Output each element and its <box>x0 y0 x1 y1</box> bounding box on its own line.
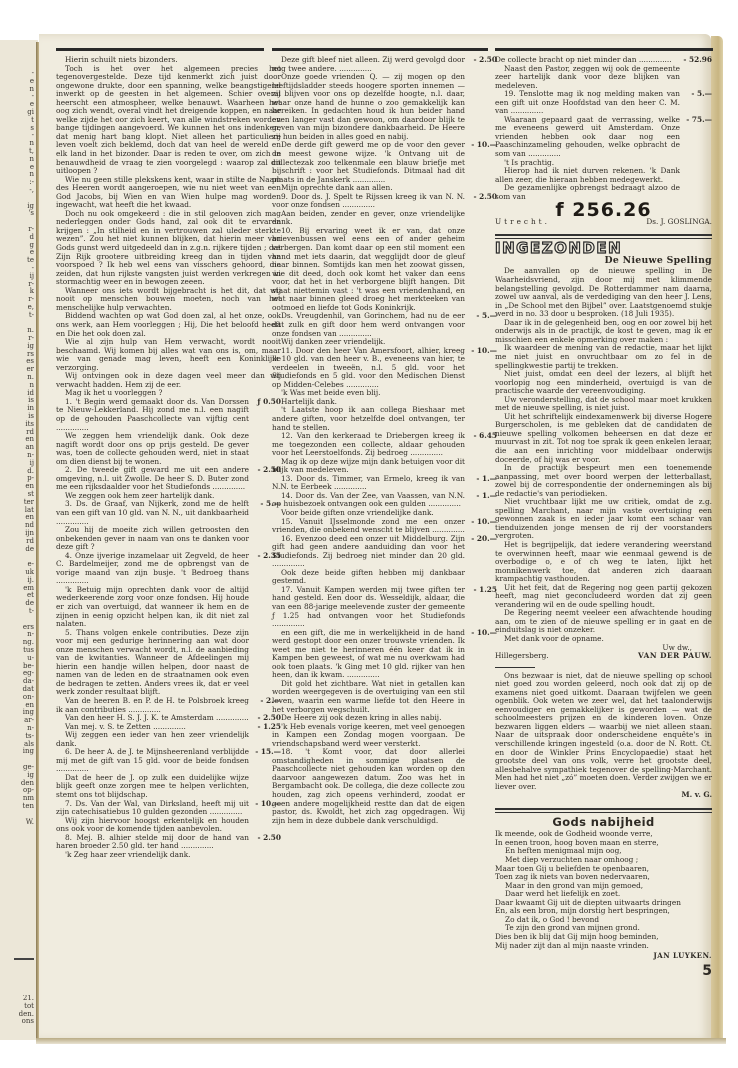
entry-amount: - 52.96 <box>680 56 712 65</box>
column-3: De collecte bracht op niet minder dan ..… <box>495 56 712 975</box>
entry-amount: - 1.— <box>465 492 497 501</box>
poem-title: Gods nabijheid <box>495 818 712 827</box>
donation-list: Deze gift bleef niet alleen. Zij werd ge… <box>272 56 497 825</box>
entry-text: De derde gift gewerd me op de voor den g… <box>272 141 465 184</box>
signature: Ds. J. GOSLINGA. <box>646 218 712 227</box>
donation-entry: 12. Van den kerkeraad te Driebergen kree… <box>272 432 497 458</box>
entry-amount: - 75.— <box>680 116 712 125</box>
poem-line: Mij nader zijt dan al mijn naaste vrinde… <box>495 942 712 951</box>
donation-entry: 13. Door ds. Timmer, van Ermelo, kreeg i… <box>272 475 497 492</box>
entry-text: 5. Thans volgen enkele contributies. Dez… <box>56 629 281 697</box>
donation-entry: 15. Vanuit IJsselmonde zond me een onzer… <box>272 518 497 535</box>
column-top-rule <box>56 48 264 51</box>
entry-text: 7. Ds. Van der Wal, van Dirksland, heeft… <box>56 800 249 817</box>
short-rule <box>495 667 535 668</box>
entry-text: Deze gift bleef niet alleen. Zij werd ge… <box>272 56 465 73</box>
entry-text: Dat de heer de J. op zulk een duidelijke… <box>56 774 281 800</box>
entry-text: 6. De heer A. de J. te Mijnsheerenland v… <box>56 748 249 774</box>
poem-body: Ik meende, ook de Godheid woonde verre,I… <box>495 830 712 950</box>
paragraph: De Regering neemt veeleer een afwachtend… <box>495 609 712 635</box>
paragraph: Niet juist, omdat een deel der lezers, a… <box>495 370 712 396</box>
entry-text: 11. Door den heer Van Amersfoort, alhier… <box>272 347 465 390</box>
entry-text: 'k Betuig mijn oprechten dank voor de al… <box>56 586 281 629</box>
donation-list: De collecte bracht op niet minder dan ..… <box>495 56 712 201</box>
donation-entry: 2. De tweede gift geward me uit een ande… <box>56 466 281 492</box>
entry-text: Naast den Pastor, zeggen wij ook de geme… <box>495 65 712 91</box>
donation-entry: 11. Door den heer Van Amersfoort, alhier… <box>272 347 497 390</box>
entry-text: 9. Door ds. J. Spelt te Rijssen kreeg ik… <box>272 193 465 210</box>
entry-text: Ds. Vreugdenhil, van Gorinchem, had nu d… <box>272 312 465 338</box>
paragraph: Uw veronderstelling, dat de school maar … <box>495 396 712 413</box>
entry-text: 10. Bij ervaring weet ik er van, dat onz… <box>272 227 497 312</box>
column-1: Hierin schuilt niets bizonders.Toch is h… <box>56 56 281 859</box>
entry-text: 4. Onze ijverige inzamelaar uit Zegveld,… <box>56 552 249 586</box>
donation-entry: 1. 't Begin werd gemaakt door ds. Van Do… <box>56 398 281 432</box>
page-number: 5 <box>495 967 712 976</box>
entry-text: 12. Van den kerkeraad te Driebergen kree… <box>272 432 465 458</box>
paragraph: Het is begrijpelijk, dat iedere verander… <box>495 541 712 584</box>
paragraph: Biddend wachten op wat God doen zal, al … <box>56 312 281 338</box>
intro-paragraphs: Hierin schuilt niets bizonders.Toch is h… <box>56 56 281 398</box>
entry-text: 'k Zeg haar zeer vriendelijk dank. <box>56 851 281 860</box>
editor-initials: M. v. G. <box>495 791 712 800</box>
entry-amount: - 1.— <box>465 475 497 484</box>
entry-amount: - 10.— <box>465 629 497 638</box>
entry-text: 19. Tenslotte mag ik nog melding maken v… <box>495 90 680 116</box>
donation-entry: 7. Ds. Van der Wal, van Dirksland, heeft… <box>56 800 281 817</box>
entry-text: Onze goede vrienden Q. — zij mogen op de… <box>272 73 497 141</box>
paragraph: Wij ontvingen ook in deze dagen veel mee… <box>56 372 281 389</box>
paragraph: Daar ik in de gelegenheid ben, oog en oo… <box>495 319 712 345</box>
total-amount: f 256.26 <box>495 206 712 215</box>
page-stack-edge <box>711 36 723 1040</box>
previous-page-fragment: - e n - e gi t s - n t, n e n :- -, ig '… <box>0 40 38 1040</box>
donation-entry: 19. Tenslotte mag ik nog melding maken v… <box>495 90 712 116</box>
paragraph: Wanneer ons iets wordt bijgebracht is he… <box>56 287 281 313</box>
place: Utrecht. <box>495 218 550 227</box>
entry-amount: - 20.— <box>465 535 497 544</box>
entry-text: Aan beiden, zender en gever, onze vriend… <box>272 210 497 227</box>
entry-text: 3. Ds. de Graaf, van Nijkerk, zond me de… <box>56 500 249 526</box>
previous-page-text-bottom: 21. tot den. ons <box>0 995 34 1026</box>
donation-list: 1. 't Begin werd gemaakt door ds. Van Do… <box>56 398 281 860</box>
poem-author: JAN LUYKEN. <box>495 952 712 961</box>
entry-text: 2. De tweede gift geward me uit een ande… <box>56 466 249 492</box>
entry-amount: - 10.— <box>465 141 497 150</box>
donation-entry: 16. Evenzoo deed een onzer uit Middelbur… <box>272 535 497 569</box>
entry-text: 15. Vanuit IJsselmonde zond me een onzer… <box>272 518 465 535</box>
entry-text: Van de heeren B. en P. de H. te Polsbroe… <box>56 697 249 714</box>
entry-text: 16. Evenzoo deed een onzer uit Middelbur… <box>272 535 465 569</box>
editor-reply: Ons bezwaar is niet, dat de nieuwe spell… <box>495 672 712 792</box>
donation-entry: 6. De heer A. de J. te Mijnsheerenland v… <box>56 748 281 774</box>
column-top-rule <box>272 48 488 51</box>
entry-text: Ook deze beide giften hebben mij dankbaa… <box>272 569 497 586</box>
entry-text: en een gift, die me in werkelijkheid in … <box>272 629 465 680</box>
entry-text: Wij zeggen een ieder van hen zeer vriend… <box>56 731 281 748</box>
letter-place: Hillegersberg. <box>495 652 549 661</box>
column-top-rule <box>495 48 713 51</box>
donation-entry: 3. Ds. de Graaf, van Nijkerk, zond me de… <box>56 500 281 526</box>
section-rule <box>495 234 712 236</box>
section-rule <box>495 808 712 810</box>
paragraph: Wie al zijn hulp van Hem verwacht, wordt… <box>56 338 281 372</box>
entry-amount: - 6.45 <box>465 432 497 441</box>
paragraph: Toch is het over het algemeen precies he… <box>56 65 281 176</box>
entry-text: 18. 't Komt voor, dat door allerlei omst… <box>272 748 497 825</box>
column-2: Deze gift bleef niet alleen. Zij werd ge… <box>272 56 497 825</box>
paragraph: Ik waardeer de mening van de redactie, m… <box>495 344 712 370</box>
entry-amount: - 5.— <box>680 90 712 99</box>
entry-amount: - 2.50 <box>465 193 497 202</box>
letter-author: VAN DER PAUW. <box>638 652 712 661</box>
entry-text: Dit gold het zichtbare. Wat niet in geta… <box>272 680 497 714</box>
entry-text: 17. Vanuit Kampen werden mij twee giften… <box>272 586 465 629</box>
donation-entry: 14. Door ds. Van der Zee, van Vaassen, v… <box>272 492 497 509</box>
entry-text: Wij zijn hiervoor hoogst erkentelijk en … <box>56 817 281 834</box>
donation-entry: Van de heeren B. en P. de H. te Polsbroe… <box>56 697 281 714</box>
letter-signature: Hillegersberg. VAN DER PAUW. <box>495 652 712 661</box>
entry-text: 't Laatste hoop ik aan collega Bieshaar … <box>272 406 497 432</box>
page-bottom-edge <box>36 1038 726 1044</box>
entry-text: We zeggen hem vriendelijk dank. Ook deze… <box>56 432 281 466</box>
paragraph: De aanvallen op de nieuwe spelling in De… <box>495 267 712 318</box>
donation-entry: 4. Onze ijverige inzamelaar uit Zegveld,… <box>56 552 281 586</box>
section-header: INGEZONDEN <box>495 244 622 253</box>
article-title: De Nieuwe Spelling <box>495 257 712 266</box>
paragraph: Niet vruchtbaar lijkt me uw critiek, omd… <box>495 498 712 541</box>
previous-page-text: - e n - e gi t s - n t, n e n :- -, ig '… <box>0 70 34 826</box>
donation-entry: 8. Mej. B. alhier stelde mij door de han… <box>56 834 281 851</box>
entry-text: Hierop had ik niet durven rekenen. 'k Da… <box>495 167 712 184</box>
paragraph: Uit het feit, dat de Regering nog geen p… <box>495 584 712 610</box>
paragraph: Doch nu ook omgekeerd : die in stil gelo… <box>56 210 281 287</box>
entry-amount: - 5.— <box>465 312 497 321</box>
entry-text: Waaraan gepaard gaat de verrassing, welk… <box>495 116 680 159</box>
donation-entry: Waaraan gepaard gaat de verrassing, welk… <box>495 116 712 159</box>
donation-entry: 9. Door ds. J. Spelt te Rijssen kreeg ik… <box>272 193 497 210</box>
entry-amount: - 2.50 <box>465 56 497 65</box>
donation-entry: De derde gift gewerd me op de voor den g… <box>272 141 497 184</box>
donation-entry: 17. Vanuit Kampen werden mij twee giften… <box>272 586 497 629</box>
entry-text: 1. 't Begin werd gemaakt door ds. Van Do… <box>56 398 249 432</box>
entry-amount: - 10.— <box>465 518 497 527</box>
letter-body: De aanvallen op de nieuwe spelling in De… <box>495 267 712 643</box>
entry-text: 14. Door ds. Van der Zee, van Vaassen, v… <box>272 492 465 509</box>
paragraph: Wie nu geen stille plekskens kent, waar … <box>56 176 281 210</box>
entry-text: 8. Mej. B. alhier stelde mij door de han… <box>56 834 249 851</box>
entry-amount: - 1.25 <box>465 586 497 595</box>
entry-text: Mag ik op deze wijze mijn dank betuigen … <box>272 458 497 475</box>
donation-entry: en een gift, die me in werkelijkheid in … <box>272 629 497 680</box>
previous-page-rule <box>14 958 34 960</box>
donation-entry: Ds. Vreugdenhil, van Gorinchem, had nu d… <box>272 312 497 338</box>
donation-entry: Deze gift bleef niet alleen. Zij werd ge… <box>272 56 497 73</box>
paragraph: Uit het schriftelijk eindexamenwerk bij … <box>495 413 712 464</box>
entry-text: 13. Door ds. Timmer, van Ermelo, kreeg i… <box>272 475 465 492</box>
section-rule-thin <box>495 812 712 813</box>
paragraph: In de practijk bespeurt men een toenemen… <box>495 464 712 498</box>
entry-text: Zou hij de moeite zich willen getroosten… <box>56 526 281 552</box>
entry-text: 'k Heb evenals vorige keeren, met veel g… <box>272 723 497 749</box>
entry-amount: - 10.— <box>465 347 497 356</box>
entry-amount: - 2.50 <box>249 834 281 843</box>
